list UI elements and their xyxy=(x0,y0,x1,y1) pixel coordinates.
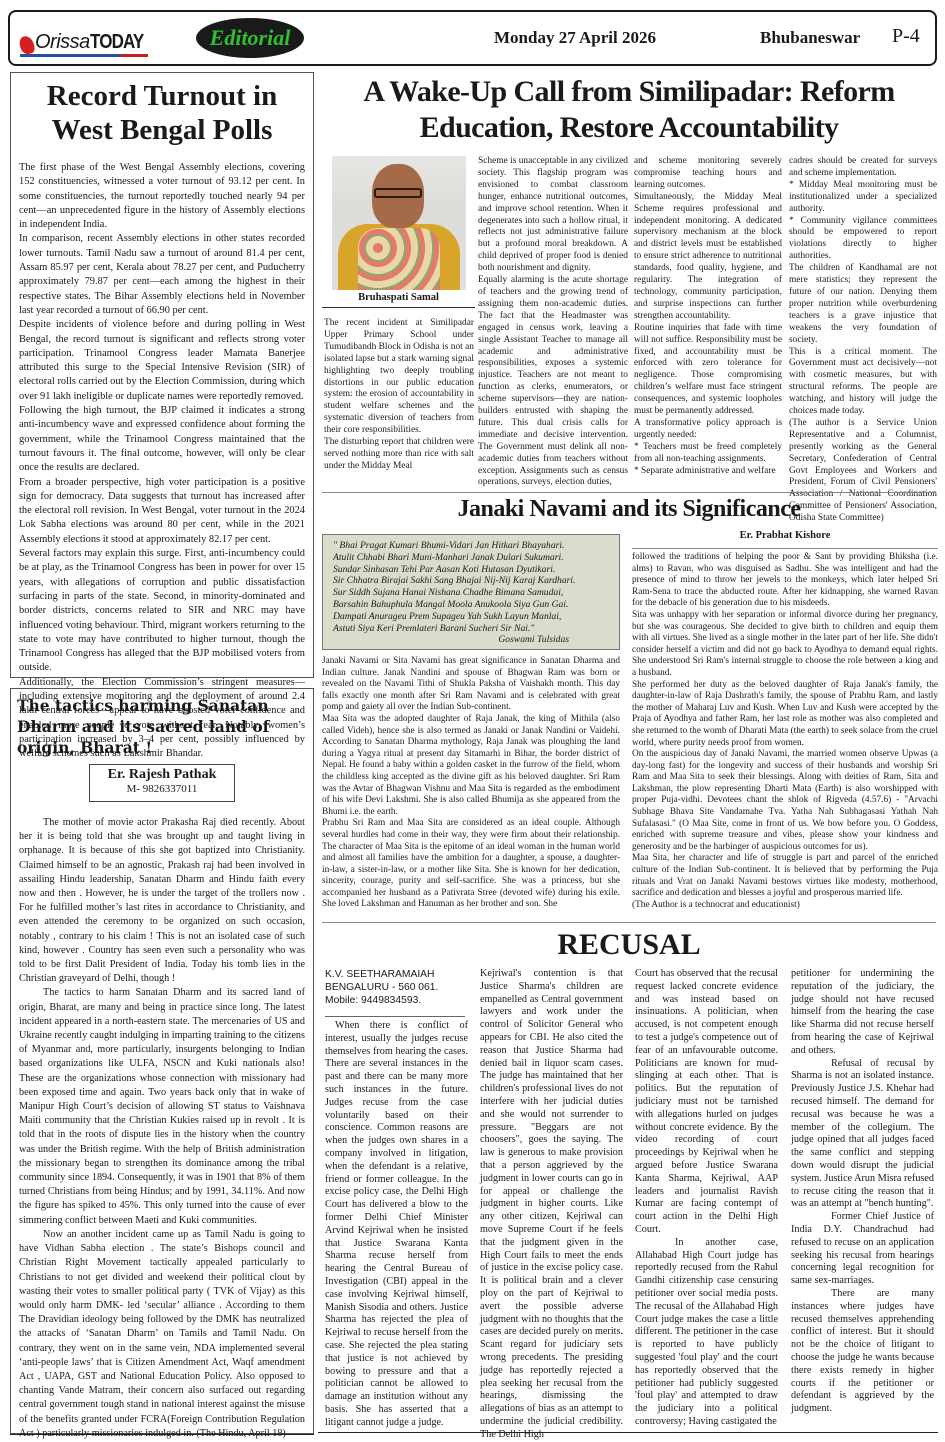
quote-line: " Bhai Pragat Kumari Bhumi-Vidari Jan Hi… xyxy=(333,540,609,552)
quote-line: Astuti Siya Keri Premlateri Barani Suche… xyxy=(333,623,609,635)
section-badge: Editorial xyxy=(196,18,304,58)
paragraph: Kejriwal's contention is that Justice Sh… xyxy=(480,968,623,1441)
paragraph: * Teachers must be freed completely from… xyxy=(634,442,782,466)
quote-line: Sir Chhatra Birajai Sakhi Sang Bhajai Ni… xyxy=(333,575,609,587)
paragraph: From a broader perspective, high voter p… xyxy=(19,476,305,547)
paragraph: The first phase of the West Bengal Assem… xyxy=(19,161,305,232)
author-block: K.V. SEETHARAMAIAH BENGALURU - 560 061. … xyxy=(325,968,438,1007)
paragraph: Despite incidents of violence before and… xyxy=(19,318,305,404)
divider xyxy=(318,1432,938,1433)
paragraph: Maa Sita was the adopted daughter of Raj… xyxy=(322,714,620,818)
paragraph: Prabhu Sri Ram and Maa Sita are consider… xyxy=(322,818,620,911)
quote-line: Atulit Chhabi Bhari Muni-Manhari Janak D… xyxy=(333,552,609,564)
divider xyxy=(322,922,936,923)
divider xyxy=(632,548,938,549)
divider xyxy=(325,1016,465,1017)
paragraph: cadres should be created for surveys and… xyxy=(789,156,937,180)
article-turnout-headline: Record Turnout in West Bengal Polls xyxy=(11,79,313,147)
paragraph: On the auspicious day of Janaki Navami, … xyxy=(632,749,938,853)
quote-line: Sur Siddh Sujana Hanai Nishana Chadhe Bi… xyxy=(333,587,609,599)
paragraph: Maa Sita, her character and life of stru… xyxy=(632,853,938,899)
paragraph: Sita was unhappy with her separation or … xyxy=(632,610,938,680)
paragraph: followed the traditions of helping the p… xyxy=(632,552,938,610)
similipadar-col-3: and scheme monitoring severely compromis… xyxy=(634,156,782,477)
quote-line: Dampati Anurageu Prem Supageu Yah Sukh L… xyxy=(333,611,609,623)
paragraph: Routine inquiries that fade with time wi… xyxy=(634,323,782,418)
paragraph: * Separate administrative and welfare xyxy=(634,466,782,478)
janaki-col-2: followed the traditions of helping the p… xyxy=(632,552,938,911)
paragraph: The children of Kandhamal are not mere s… xyxy=(789,263,937,346)
article-recusal-headline: RECUSAL xyxy=(318,928,940,962)
paragraph: Scheme is unacceptable in any civilized … xyxy=(478,156,628,275)
edition-city: Bhubaneswar xyxy=(760,28,860,48)
paragraph: The disturbing report that children were… xyxy=(324,437,474,473)
paragraph: Former Chief Justice of India D.Y. Chand… xyxy=(791,1211,934,1288)
paragraph: This is a critical moment. The Governmen… xyxy=(789,347,937,418)
quote-line: Sundar Sinhasan Tehi Par Aasan Koti Huta… xyxy=(333,564,609,576)
recusal-col-3: Court has observed that the recusal requ… xyxy=(635,968,778,1429)
paragraph: * Midday Meal monitoring must be institu… xyxy=(789,180,937,216)
logo-text-orissa: Orissa xyxy=(35,31,90,54)
paragraph: There are many instances where judges ha… xyxy=(791,1288,934,1416)
quote-line: Barsahin Bahuphula Mangal Moola Anukoola… xyxy=(333,599,609,611)
quote-box: " Bhai Pragat Kumari Bhumi-Vidari Jan Hi… xyxy=(322,534,620,650)
paragraph: In another case, Allahabad High Court ju… xyxy=(635,1237,778,1429)
similipadar-col-1: The recent incident at Similipadar Upper… xyxy=(324,318,474,473)
author-city: BENGALURU - 560 061. xyxy=(325,981,438,994)
similipadar-col-2: Scheme is unacceptable in any civilized … xyxy=(478,156,628,489)
article-sanatan-body: The mother of movie actor Prakasha Raj d… xyxy=(11,816,313,1441)
author-photo xyxy=(332,156,466,290)
paragraph: The recent incident at Similipadar Upper… xyxy=(324,318,474,437)
paragraph: The mother of movie actor Prakasha Raj d… xyxy=(19,816,305,986)
paragraph: Court has observed that the recusal requ… xyxy=(635,968,778,1237)
article-sanatan: The tactics harming Sanatan Dharm and it… xyxy=(10,688,314,1434)
logo-underline-accent xyxy=(120,54,148,57)
paragraph: (The Author is a technocrat and educatio… xyxy=(632,900,938,912)
author-mobile: Mobile: 9449834593. xyxy=(325,994,438,1007)
article-turnout: Record Turnout in West Bengal Polls The … xyxy=(10,72,314,678)
odisha-map-icon xyxy=(19,35,36,55)
paragraph: Equally alarming is the acute shortage o… xyxy=(478,275,628,489)
article-turnout-body: The first phase of the West Bengal Assem… xyxy=(11,161,313,761)
paragraph: Now an another incident came up as Tamil… xyxy=(19,1228,305,1441)
paragraph: Following the high turnout, the BJP clai… xyxy=(19,404,305,475)
paragraph: In comparison, recent Assembly elections… xyxy=(19,232,305,318)
article-similipadar-headline: A Wake-Up Call from Similipadar: Reform … xyxy=(318,74,940,146)
section-label: Editorial xyxy=(210,25,291,51)
photo-caption: Bruhaspati Samal xyxy=(322,292,475,308)
paragraph: Several factors may explain this surge. … xyxy=(19,547,305,676)
paragraph: * Community vigilance committees should … xyxy=(789,216,937,264)
divider xyxy=(10,1434,314,1435)
quote-author: Goswami Tulsidas xyxy=(333,634,609,646)
author-name: K.V. SEETHARAMAIAH xyxy=(325,968,438,981)
page-number: P-4 xyxy=(892,25,920,48)
janaki-col-1: Janaki Navami or Sita Navami has great s… xyxy=(322,656,620,911)
recusal-col-2: Kejriwal's contention is that Justice Sh… xyxy=(480,968,623,1441)
paragraph: A transformative policy approach is urge… xyxy=(634,418,782,442)
masthead: Orissa TODAY Editorial Monday 27 April 2… xyxy=(8,10,937,66)
recusal-col-1: When there is conflict of interest, usua… xyxy=(325,1020,468,1430)
author-box: Er. Rajesh Pathak M- 9826337011 xyxy=(89,764,235,802)
author-phone: M- 9826337011 xyxy=(90,783,234,795)
divider xyxy=(322,492,936,493)
author-name: Er. Rajesh Pathak xyxy=(90,767,234,783)
paragraph: When there is conflict of interest, usua… xyxy=(325,1020,468,1430)
author-byline: Er. Prabhat Kishore xyxy=(632,530,938,541)
logo-text-today: TODAY xyxy=(90,31,143,54)
article-janaki-headline: Janaki Navami and its Significance xyxy=(318,496,940,523)
paragraph: petitioner for undermining the reputatio… xyxy=(791,968,934,1058)
similipadar-col-4: cadres should be created for surveys and… xyxy=(789,156,937,525)
article-sanatan-headline: The tactics harming Sanatan Dharm and it… xyxy=(11,689,313,758)
paragraph: Simultaneously, the Midday Meal Scheme r… xyxy=(634,192,782,323)
paragraph: The tactics to harm Sanatan Dharm and it… xyxy=(19,986,305,1227)
issue-date: Monday 27 April 2026 xyxy=(494,28,656,48)
logo[interactable]: Orissa TODAY xyxy=(20,26,153,54)
recusal-col-4: petitioner for undermining the reputatio… xyxy=(791,968,934,1416)
paragraph: Janaki Navami or Sita Navami has great s… xyxy=(322,656,620,714)
paragraph: She performed her duty as the beloved da… xyxy=(632,680,938,750)
paragraph: and scheme monitoring severely compromis… xyxy=(634,156,782,192)
paragraph: Refusal of recusal by Sharma is not an i… xyxy=(791,1058,934,1212)
